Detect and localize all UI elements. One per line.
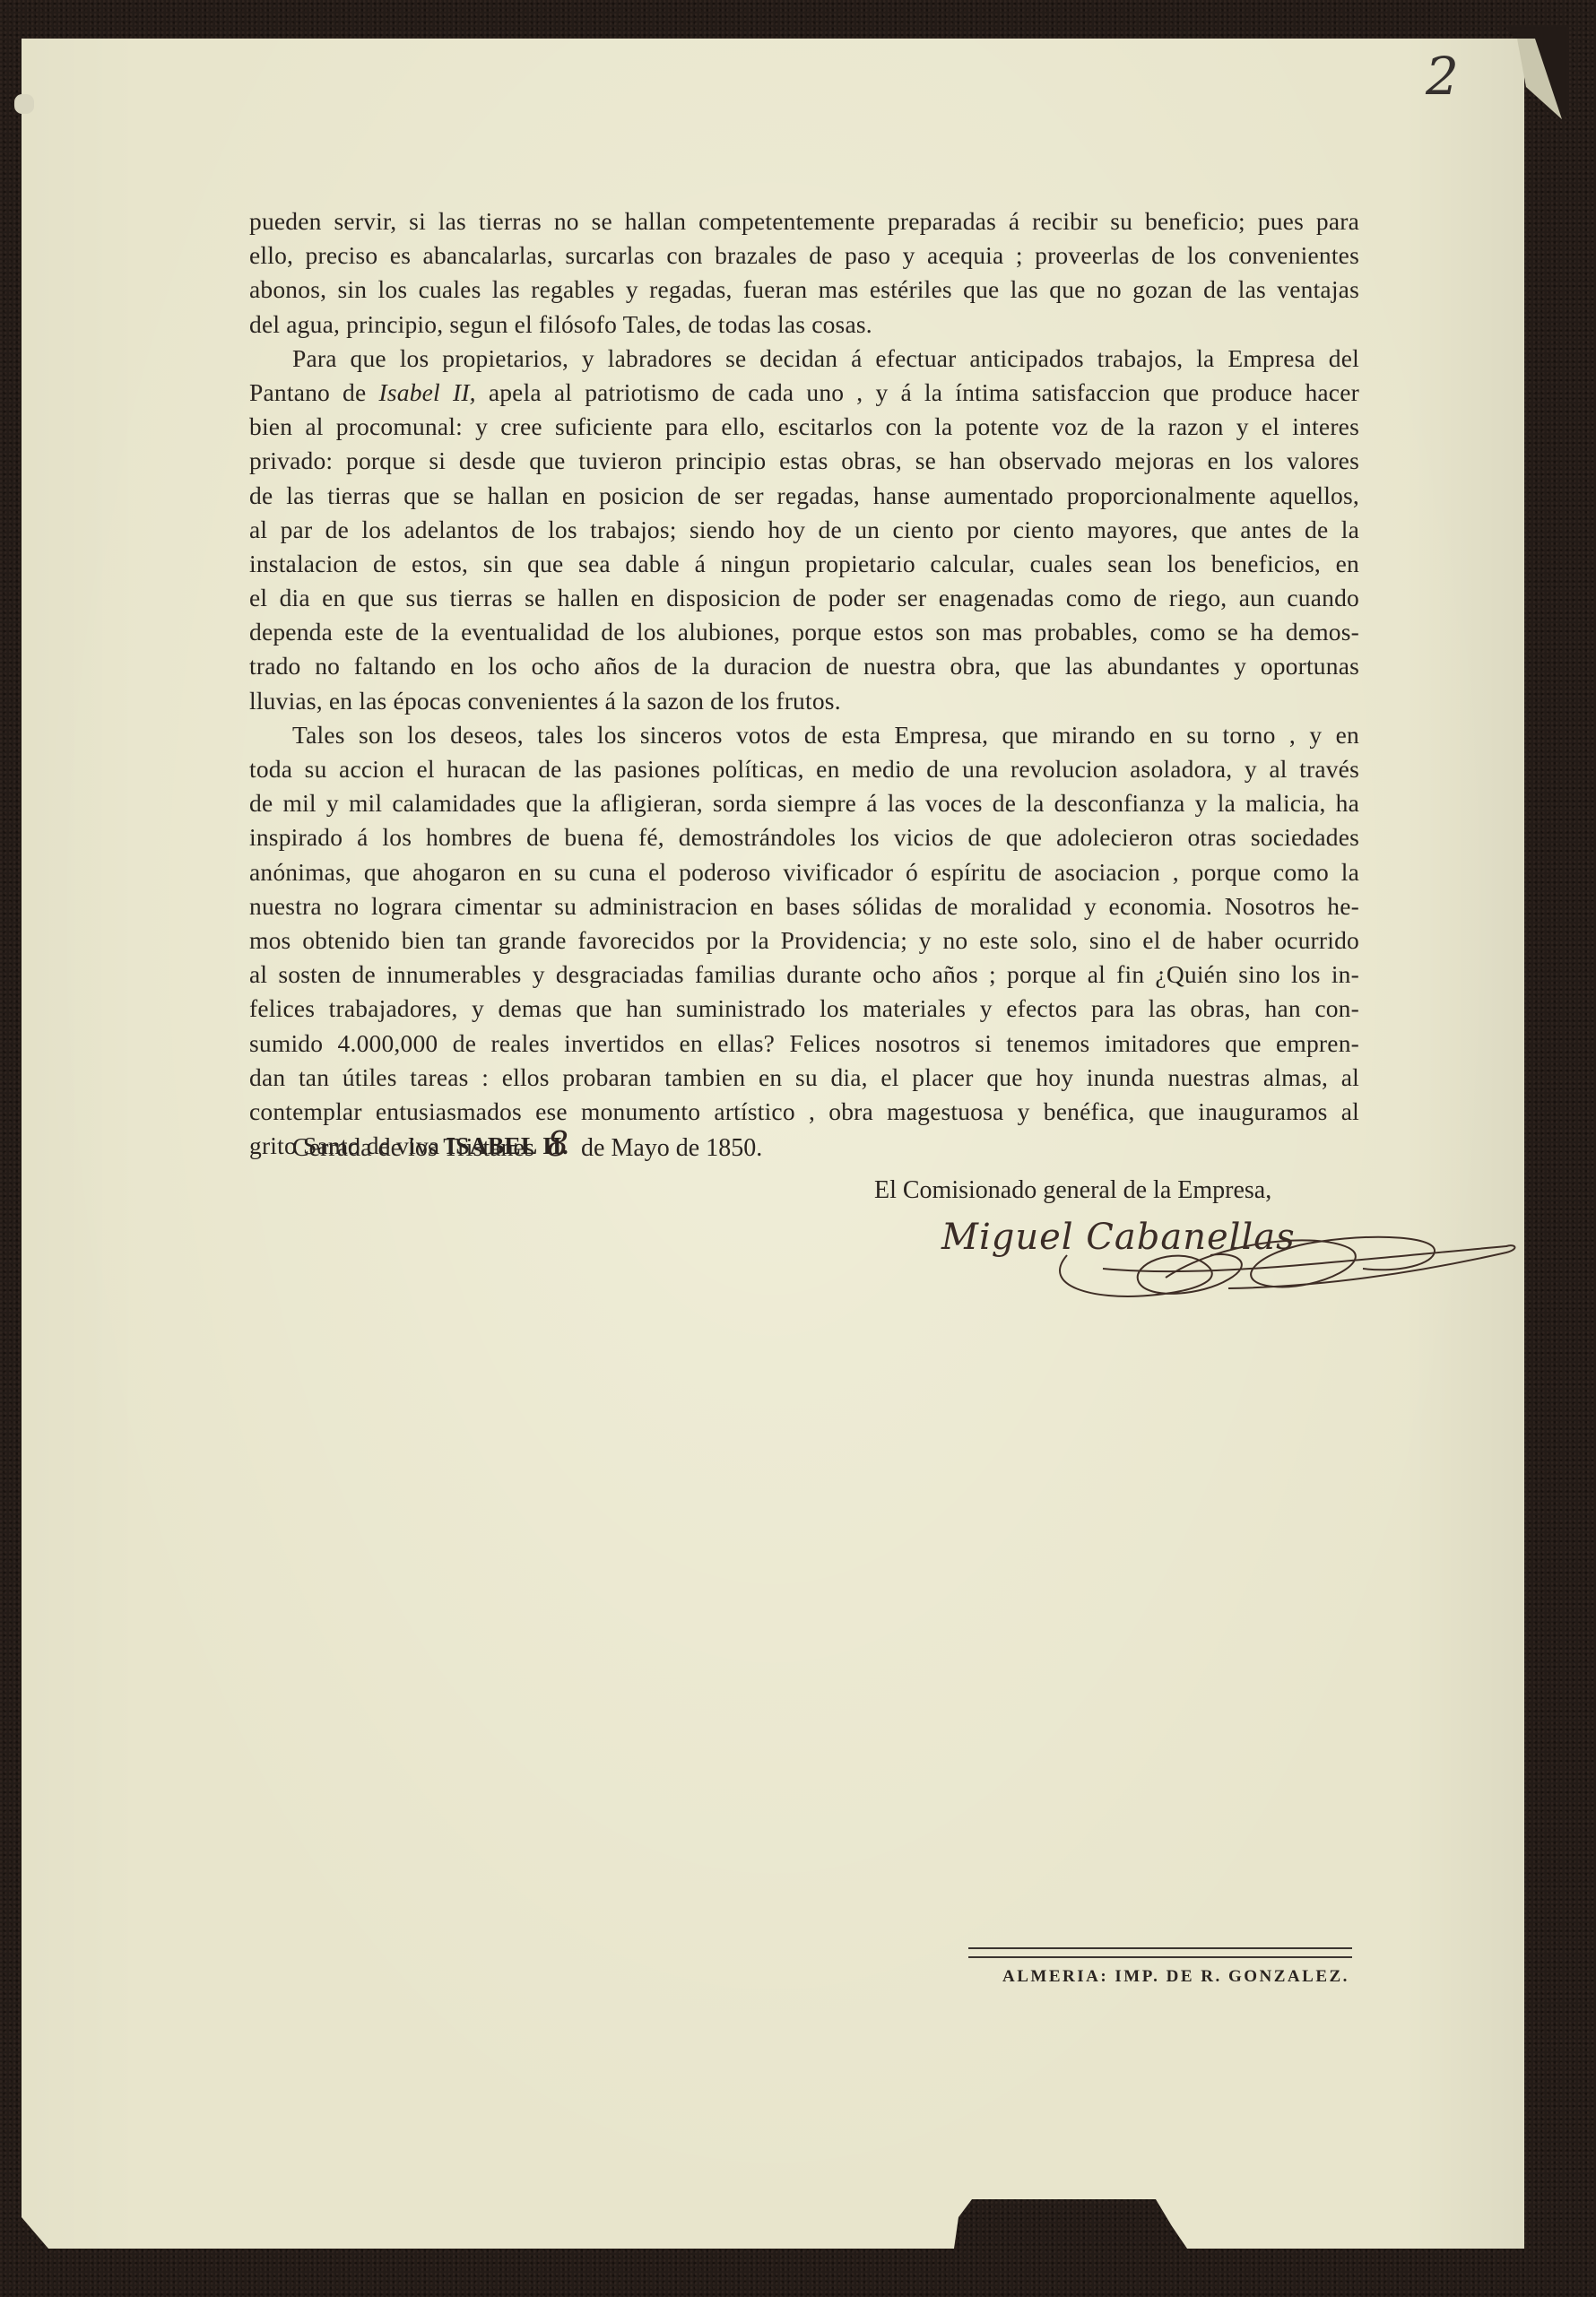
text-line: del agua, principio, segun el filósofo T… xyxy=(249,308,1359,342)
text-line: al sosten de innumerables y desgraciadas… xyxy=(249,958,1359,992)
text-line: al par de los adelantos de los trabajos;… xyxy=(249,513,1359,547)
text-line: lluvias, en las épocas convenientes á la… xyxy=(249,684,1359,718)
text-line: Para que los propietarios, y labradores … xyxy=(249,342,1359,376)
date-day-handwritten: 8 xyxy=(547,1124,568,1164)
page-number: 2 xyxy=(1426,45,1462,108)
text-line: de mil y mil calamidades que la afligier… xyxy=(249,786,1359,820)
text-line: mos obtenido bien tan grande favorecidos… xyxy=(249,923,1359,958)
text-line: anónimas, que ahogaron en su cuna el pod… xyxy=(249,855,1359,889)
text-line: Pantano de Isabel II, apela al patriotis… xyxy=(249,376,1359,410)
text-line: trado no faltando en los ocho años de la… xyxy=(249,649,1359,683)
signature-flourish-icon xyxy=(932,1215,1542,1313)
text-line: bien al procomunal: y cree suficiente pa… xyxy=(249,410,1359,444)
printer-imprint: ALMERIA: IMP. DE R. GONZALEZ. xyxy=(1002,1967,1349,1987)
text-line: dan tan útiles tareas : ellos probaran t… xyxy=(249,1061,1359,1095)
text-line: instalacion de estos, sin que sea dable … xyxy=(249,547,1359,581)
text-line: abonos, sin los cuales las regables y re… xyxy=(249,273,1359,307)
text-line: Tales son los deseos, tales los sinceros… xyxy=(249,718,1359,752)
text-line: dependa este de la eventualidad de los a… xyxy=(249,615,1359,649)
imprint-rule xyxy=(968,1947,1352,1958)
date-suffix: de Mayo de 1850. xyxy=(581,1134,762,1162)
text-line: toda su accion el huracan de las pasione… xyxy=(249,752,1359,786)
text-line: felices trabajadores, y demas que han su… xyxy=(249,992,1359,1026)
text-line: ello, preciso es abancalarlas, surcarlas… xyxy=(249,238,1359,273)
text-line: pueden servir, si las tierras no se hall… xyxy=(249,204,1359,238)
document-body: pueden servir, si las tierras no se hall… xyxy=(249,204,1359,1163)
text-line: privado: porque si desde que tuvieron pr… xyxy=(249,444,1359,478)
date-prefix: Cerrada de los Tristanes xyxy=(292,1134,534,1162)
paper-tear-mark xyxy=(14,94,34,114)
text-line: nuestra no lograra cimentar su administr… xyxy=(249,889,1359,923)
date-line: Cerrada de los Tristanes8de Mayo de 1850… xyxy=(292,1124,762,1164)
signature: Miguel Cabanellas xyxy=(932,1215,1542,1313)
text-line: de las tierras que se hallan en posicion… xyxy=(249,479,1359,513)
italic-text: Isabel II, xyxy=(378,378,475,406)
signatory-title: El Comisionado general de la Empresa, xyxy=(874,1176,1271,1205)
text-line: sumido 4.000,000 de reales invertidos en… xyxy=(249,1027,1359,1061)
text-line: inspirado á los hombres de buena fé, dem… xyxy=(249,820,1359,854)
text-line: el dia en que sus tierras se hallen en d… xyxy=(249,581,1359,615)
